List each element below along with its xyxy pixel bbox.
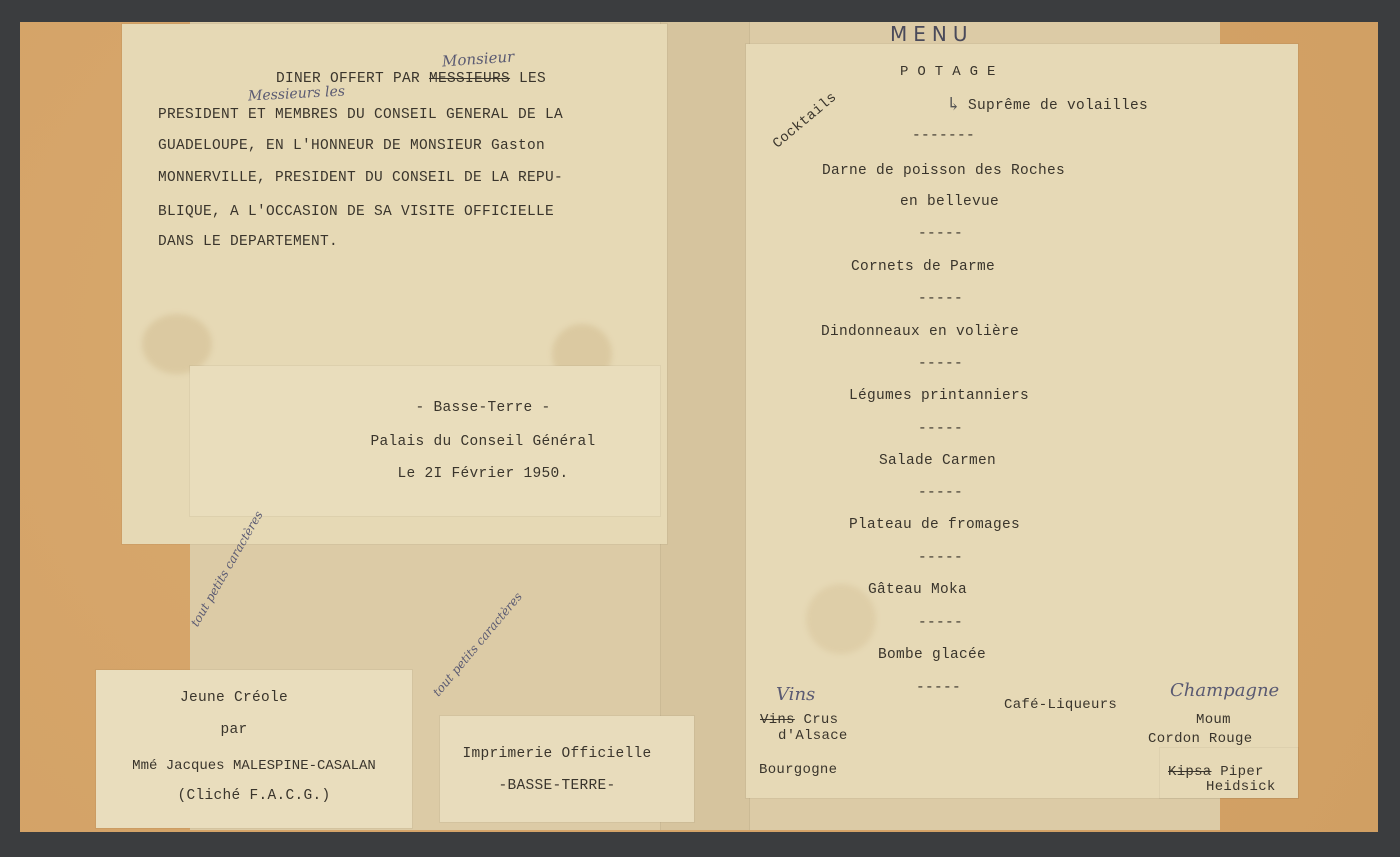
course-separator: ------- <box>912 128 975 144</box>
handwritten-messieurs-les: Messieurs les <box>248 83 346 104</box>
course-separator: ----- <box>918 421 963 437</box>
cliche-credit: (Cliché F.A.C.G.) <box>96 788 412 804</box>
venue-line: Palais du Conseil Général <box>190 434 660 450</box>
smudge <box>806 584 876 654</box>
course-separator: ----- <box>918 615 963 631</box>
handwritten-champagne: Champagne <box>1170 680 1279 701</box>
course-separator: ----- <box>918 226 963 242</box>
date-line: Le 2I Février 1950. <box>190 466 660 482</box>
place-line: - Basse-Terre - <box>190 400 660 416</box>
course-separator: ----- <box>918 485 963 501</box>
wines-text: Crus <box>795 712 839 728</box>
artwork-title: Jeune Créole <box>96 690 412 706</box>
champagne-line-3: Kipsa Piper <box>1168 764 1264 780</box>
handwritten-vins: Vins <box>776 684 815 705</box>
course-separator: ----- <box>918 356 963 372</box>
course-item: Gâteau Moka <box>868 582 967 598</box>
invitation-text: LES <box>510 71 546 87</box>
invitation-text: DINER OFFERT PAR <box>276 71 429 87</box>
place-date-slip: - Basse-Terre - Palais du Conseil Généra… <box>190 366 660 516</box>
champagne-line-1: Moum <box>1196 712 1231 728</box>
course-item: Suprême de volailles <box>968 98 1148 114</box>
course-item: Bombe glacée <box>878 647 986 663</box>
course-item: Cornets de Parme <box>851 259 995 275</box>
invitation-line-2: PRESIDENT ET MEMBRES DU CONSEIL GENERAL … <box>158 107 563 123</box>
artist-name: Mmé Jacques MALESPINE-CASALAN <box>96 758 412 774</box>
invitation-line-5: BLIQUE, A L'OCCASION DE SA VISITE OFFICI… <box>158 204 554 220</box>
course-item: Légumes printanniers <box>849 388 1029 404</box>
course-separator: ----- <box>916 680 961 696</box>
champagne-text: Piper <box>1212 764 1264 780</box>
potage-label: P O T A G E <box>900 64 996 80</box>
champagne-line-2: Cordon Rouge <box>1148 731 1252 747</box>
printer-city: -BASSE-TERRE- <box>440 778 694 794</box>
arrow-icon: ↳ <box>946 94 961 115</box>
struck-word: MESSIEURS <box>429 71 510 87</box>
wines-line-2: d'Alsace <box>778 728 848 744</box>
handwritten-menu-title: MENU <box>890 22 974 46</box>
invitation-line-4: MONNERVILLE, PRESIDENT DU CONSEIL DE LA … <box>158 170 563 186</box>
printer-slip: Imprimerie Officielle -BASSE-TERRE- <box>440 716 694 822</box>
artwork-by: par <box>96 722 412 738</box>
course-item: Dindonneaux en volière <box>821 324 1019 340</box>
struck-word: Kipsa <box>1168 764 1212 780</box>
image-credit-slip: Jeune Créole par Mmé Jacques MALESPINE-C… <box>96 670 412 828</box>
handwritten-monsieur: Monsieur <box>441 48 514 71</box>
wines-line-3: Bourgogne <box>759 762 837 778</box>
champagne-line-4: Heidsick <box>1206 779 1276 795</box>
wines-line-1: Vins Crus <box>760 712 838 728</box>
invitation-line-6: DANS LE DEPARTEMENT. <box>158 234 338 250</box>
cafe-liqueurs: Café-Liqueurs <box>1004 697 1117 713</box>
smudge <box>142 314 212 374</box>
center-fold-strip <box>660 22 750 830</box>
course-item: en bellevue <box>900 194 999 210</box>
struck-word: Vins <box>760 712 795 728</box>
printer-name: Imprimerie Officielle <box>440 746 694 762</box>
course-separator: ----- <box>918 291 963 307</box>
course-item: Plateau de fromages <box>849 517 1020 533</box>
invitation-line-3: GUADELOUPE, EN L'HONNEUR DE MONSIEUR Gas… <box>158 138 545 154</box>
course-item: Salade Carmen <box>879 453 996 469</box>
course-separator: ----- <box>918 550 963 566</box>
course-item: Darne de poisson des Roches <box>822 163 1065 179</box>
